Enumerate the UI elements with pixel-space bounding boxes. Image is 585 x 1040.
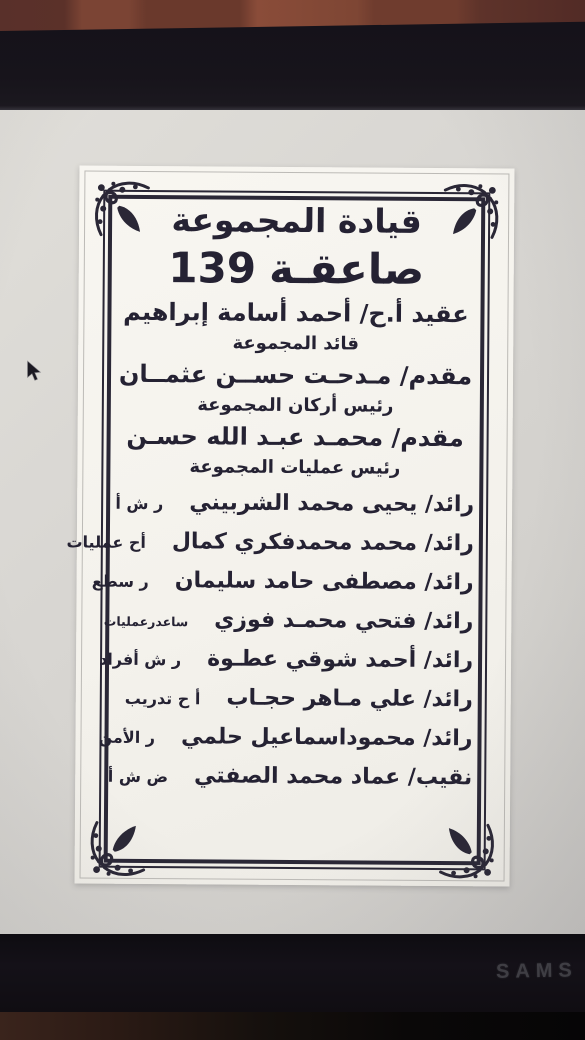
officer-row: رائد/ مصطفى حامد سليمان ر سطع	[114, 568, 473, 610]
officer-role: ض ش أ	[108, 767, 168, 786]
corner-flourish-icon	[439, 823, 497, 881]
officer-role: أح عمليات	[66, 532, 146, 552]
corner-flourish-icon	[88, 821, 146, 879]
monitor-brand-logo: SAMS	[496, 959, 585, 984]
officer-name: رائد/ مصطفى حامد سليمان	[175, 568, 474, 595]
corner-flourish-icon	[443, 181, 501, 239]
commander-title: قائد المجموعة	[112, 330, 479, 359]
officer-row: نقيب/ عماد محمد الصفتي ض ش أ	[113, 763, 472, 805]
doc-title-line1: قيادة المجموعة	[113, 198, 480, 245]
officer-row: رائد/ محمد محمدفكري كمال أح عمليات	[115, 529, 474, 571]
document-page: قيادة المجموعة 139 صاعقـة عقيد أ.ح/ أحمد…	[74, 165, 514, 886]
officer-role: ساعدرعمليات	[104, 614, 188, 630]
officer-row: رائد/ يحيى محمد الشربيني ر ش أ	[115, 490, 474, 532]
desk-surface	[0, 1012, 585, 1040]
officer-row: رائد/ أحمد شوقي عطـوة ر ش أفراد	[114, 646, 473, 688]
officer-name: رائد/ علي مـاهر حجـاب	[226, 686, 473, 713]
officer-row: رائد/ علي مـاهر حجـاب أ ح تدريب	[114, 685, 473, 727]
officer-role: ر الأمن	[98, 728, 155, 747]
monitor-bezel-bottom: SAMS	[0, 934, 585, 1012]
officer-role: ر ش أ	[115, 494, 163, 513]
officer-name: رائد/ فتحي محمـد فوزي	[214, 607, 473, 634]
chief-of-staff-name: مقدم/ مـدحـت حســن عثمــان	[112, 356, 479, 395]
document-content: قيادة المجموعة 139 صاعقـة عقيد أ.ح/ أحمد…	[101, 192, 489, 869]
officer-name: رائد/ أحمد شوقي عطـوة	[207, 646, 473, 673]
officer-role: أ ح تدريب	[125, 689, 201, 709]
officers-list: رائد/ يحيى محمد الشربيني ر ش أ رائد/ محم…	[109, 490, 478, 805]
monitor-photo: قيادة المجموعة 139 صاعقـة عقيد أ.ح/ أحمد…	[0, 0, 585, 1040]
officer-name: نقيب/ عماد محمد الصفتي	[194, 763, 472, 790]
officer-name: رائد/ محموداسماعيل حلمي	[181, 724, 473, 751]
officer-role: ر سطع	[92, 572, 149, 591]
group-type-word: صاعقـة	[269, 243, 424, 296]
officer-row: رائد/ محموداسماعيل حلمي ر الأمن	[113, 724, 472, 766]
operations-chief-title: رئيس عمليات المجموعة	[111, 454, 478, 483]
officer-name: رائد/ محمد محمدفكري كمال	[172, 529, 474, 556]
corner-flourish-icon	[92, 179, 150, 237]
doc-title-line2: 139 صاعقـة	[113, 242, 480, 297]
group-number: 139	[168, 242, 256, 295]
chief-of-staff-title: رئيس أركان المجموعة	[112, 392, 479, 421]
mouse-cursor-icon	[26, 360, 42, 382]
officer-row: رائد/ فتحي محمـد فوزي ساعدرعمليات	[114, 607, 473, 649]
operations-chief-name: مقدم/ محمـد عبـد الله حسـن	[112, 418, 479, 457]
officer-role: ر ش أفراد	[99, 650, 181, 670]
ornamental-frame: قيادة المجموعة 139 صاعقـة عقيد أ.ح/ أحمد…	[99, 190, 491, 871]
commander-name: عقيد أ.ح/ أحمد أسامة إبراهيم	[112, 294, 479, 333]
monitor-screen: قيادة المجموعة 139 صاعقـة عقيد أ.ح/ أحمد…	[0, 110, 585, 934]
officer-name: رائد/ يحيى محمد الشربيني	[189, 490, 474, 517]
